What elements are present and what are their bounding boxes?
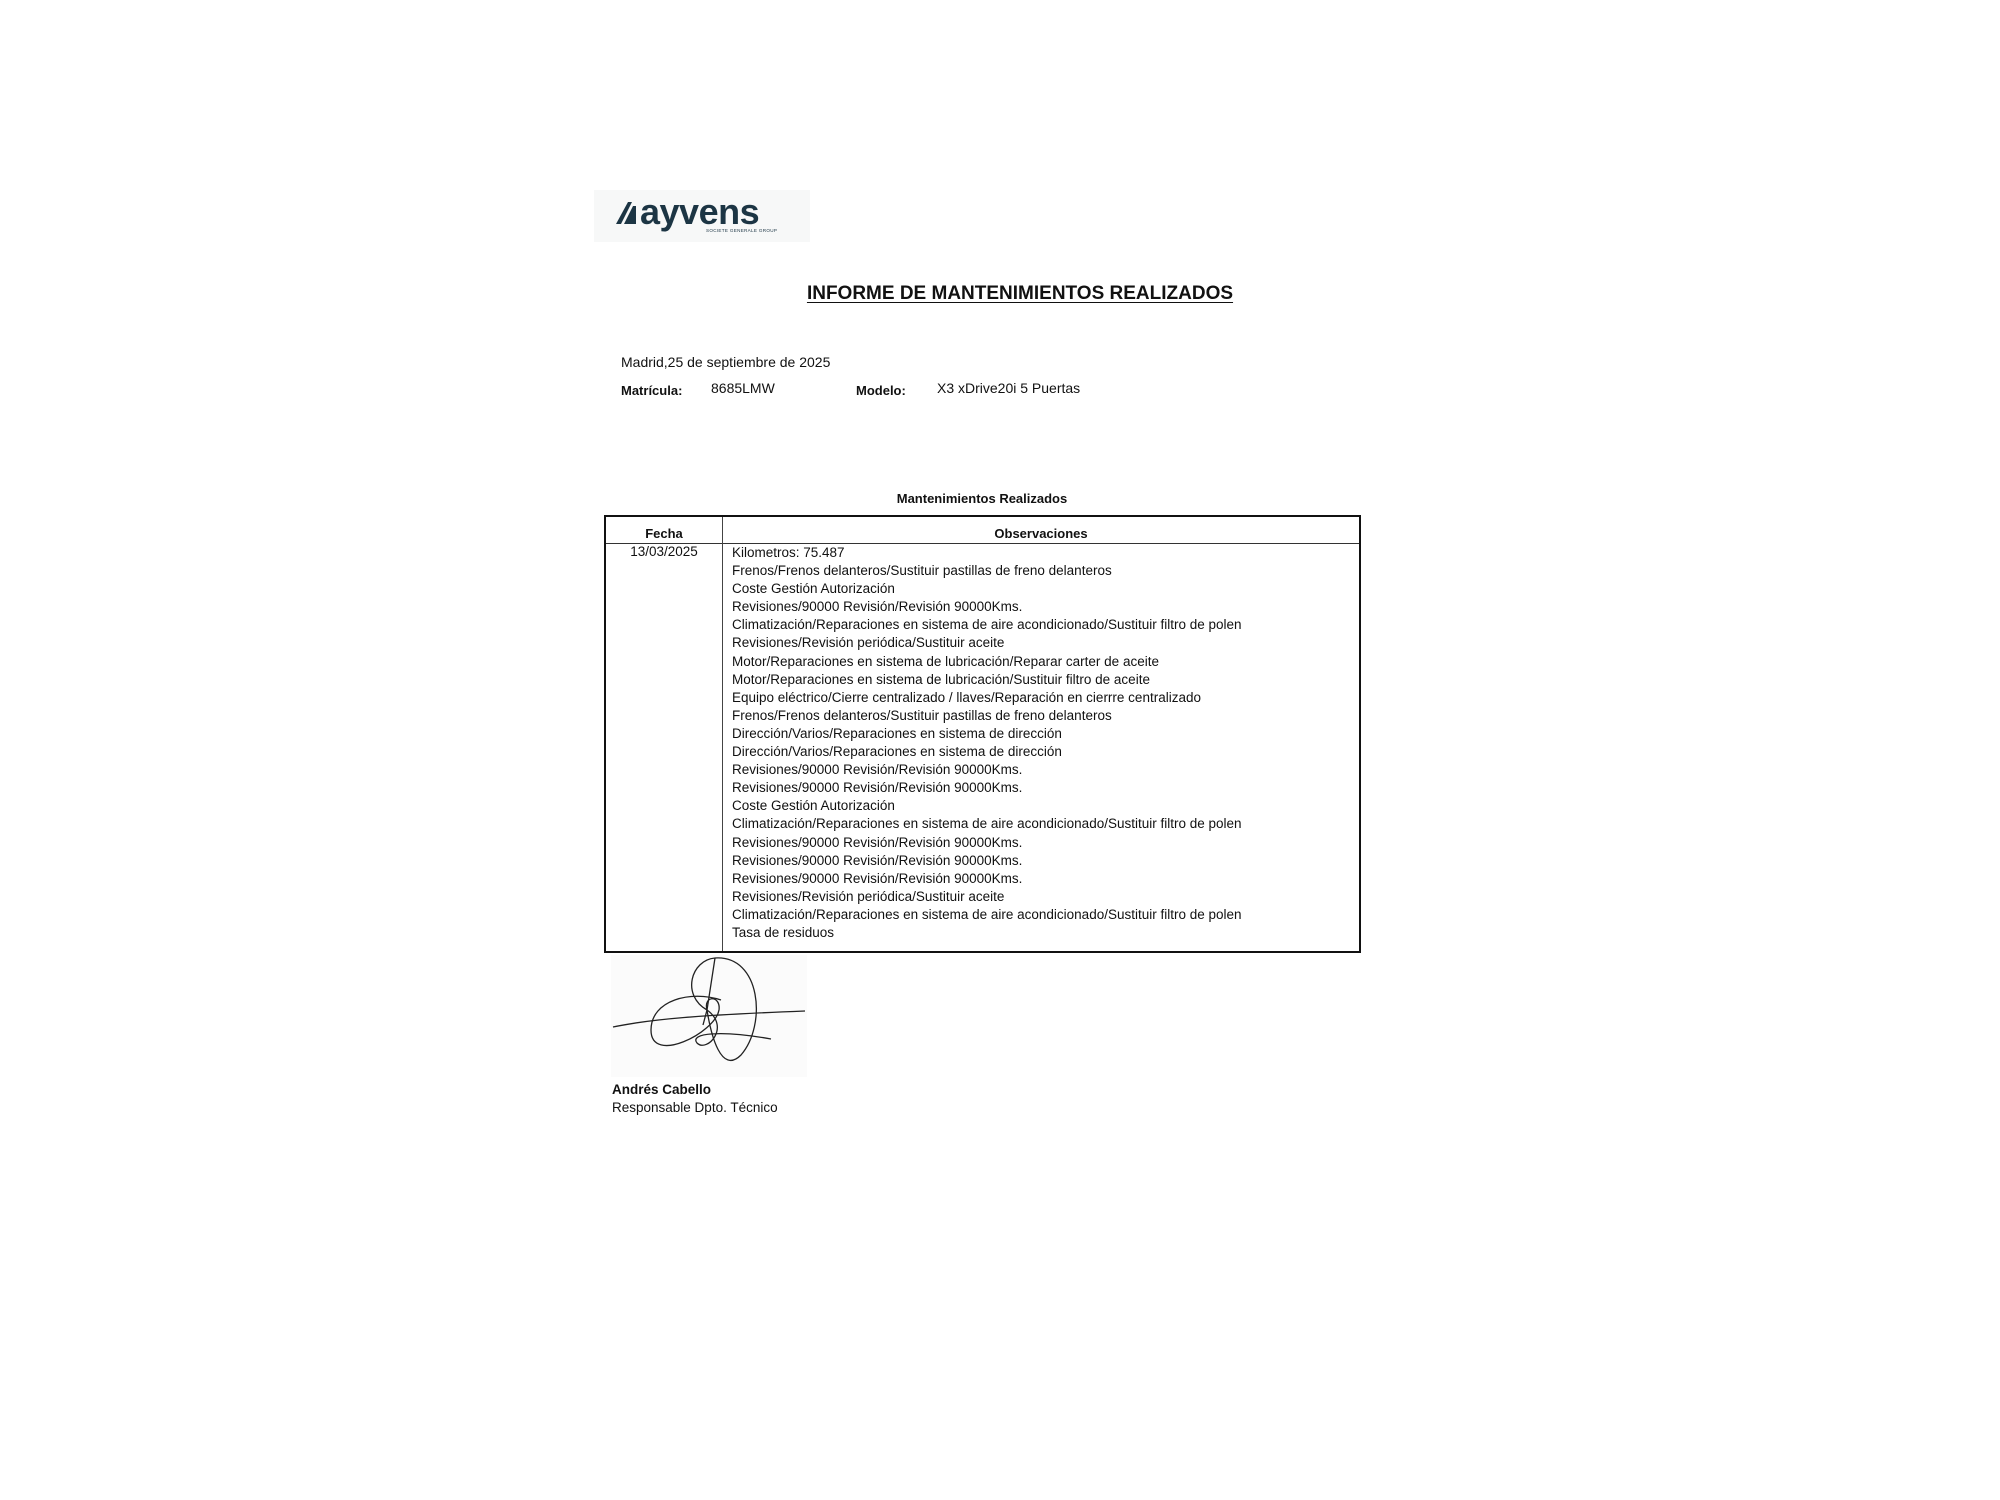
observation-item: Climatización/Reparaciones en sistema de… bbox=[732, 815, 1242, 833]
row-date: 13/03/2025 bbox=[606, 544, 722, 559]
plate-value: 8685LMW bbox=[711, 380, 775, 396]
maintenance-table: Fecha Observaciones 13/03/2025 Kilometro… bbox=[604, 515, 1361, 953]
observation-item: Revisiones/90000 Revisión/Revisión 90000… bbox=[732, 779, 1242, 797]
plate-label: Matrícula: bbox=[621, 383, 682, 398]
observation-item: Frenos/Frenos delanteros/Sustituir pasti… bbox=[732, 562, 1242, 580]
signer-role: Responsable Dpto. Técnico bbox=[612, 1100, 778, 1115]
observation-item: Revisiones/Revisión periódica/Sustituir … bbox=[732, 634, 1242, 652]
ayvens-logo: ayvens SOCIETE GENERALE GROUP bbox=[594, 190, 810, 242]
observations-list: Kilometros: 75.487Frenos/Frenos delanter… bbox=[732, 544, 1242, 942]
signature-image bbox=[611, 955, 807, 1077]
column-divider bbox=[722, 517, 723, 951]
observation-item: Revisiones/90000 Revisión/Revisión 90000… bbox=[732, 598, 1242, 616]
observation-item: Revisiones/90000 Revisión/Revisión 90000… bbox=[732, 870, 1242, 888]
observation-item: Revisiones/90000 Revisión/Revisión 90000… bbox=[732, 761, 1242, 779]
observation-item: Revisiones/90000 Revisión/Revisión 90000… bbox=[732, 852, 1242, 870]
observation-item: Kilometros: 75.487 bbox=[732, 544, 1242, 562]
observation-item: Coste Gestión Autorización bbox=[732, 580, 1242, 598]
observation-item: Motor/Reparaciones en sistema de lubrica… bbox=[732, 653, 1242, 671]
observation-item: Dirección/Varios/Reparaciones en sistema… bbox=[732, 725, 1242, 743]
observation-item: Revisiones/Revisión periódica/Sustituir … bbox=[732, 888, 1242, 906]
report-title: INFORME DE MANTENIMIENTOS REALIZADOS bbox=[600, 283, 1440, 305]
observation-item: Climatización/Reparaciones en sistema de… bbox=[732, 906, 1242, 924]
table-caption: Mantenimientos Realizados bbox=[604, 491, 1360, 506]
model-label: Modelo: bbox=[856, 383, 906, 398]
svg-text:SOCIETE GENERALE GROUP: SOCIETE GENERALE GROUP bbox=[706, 228, 777, 233]
table-header: Fecha Observaciones bbox=[606, 517, 1359, 544]
observation-item: Dirección/Varios/Reparaciones en sistema… bbox=[732, 743, 1242, 761]
place-date: Madrid,25 de septiembre de 2025 bbox=[621, 354, 830, 370]
observation-item: Revisiones/90000 Revisión/Revisión 90000… bbox=[732, 834, 1242, 852]
model-value: X3 xDrive20i 5 Puertas bbox=[937, 380, 1080, 396]
ayvens-logo-icon: ayvens SOCIETE GENERALE GROUP bbox=[594, 190, 810, 242]
header-date: Fecha bbox=[606, 526, 722, 541]
observation-item: Equipo eléctrico/Cierre centralizado / l… bbox=[732, 689, 1242, 707]
observation-item: Motor/Reparaciones en sistema de lubrica… bbox=[732, 671, 1242, 689]
svg-text:ayvens: ayvens bbox=[640, 191, 759, 232]
header-observations: Observaciones bbox=[723, 526, 1359, 541]
observation-item: Tasa de residuos bbox=[732, 924, 1242, 942]
observation-item: Climatización/Reparaciones en sistema de… bbox=[732, 616, 1242, 634]
observation-item: Frenos/Frenos delanteros/Sustituir pasti… bbox=[732, 707, 1242, 725]
observation-item: Coste Gestión Autorización bbox=[732, 797, 1242, 815]
signature-icon bbox=[611, 955, 807, 1077]
signer-name: Andrés Cabello bbox=[612, 1082, 711, 1097]
